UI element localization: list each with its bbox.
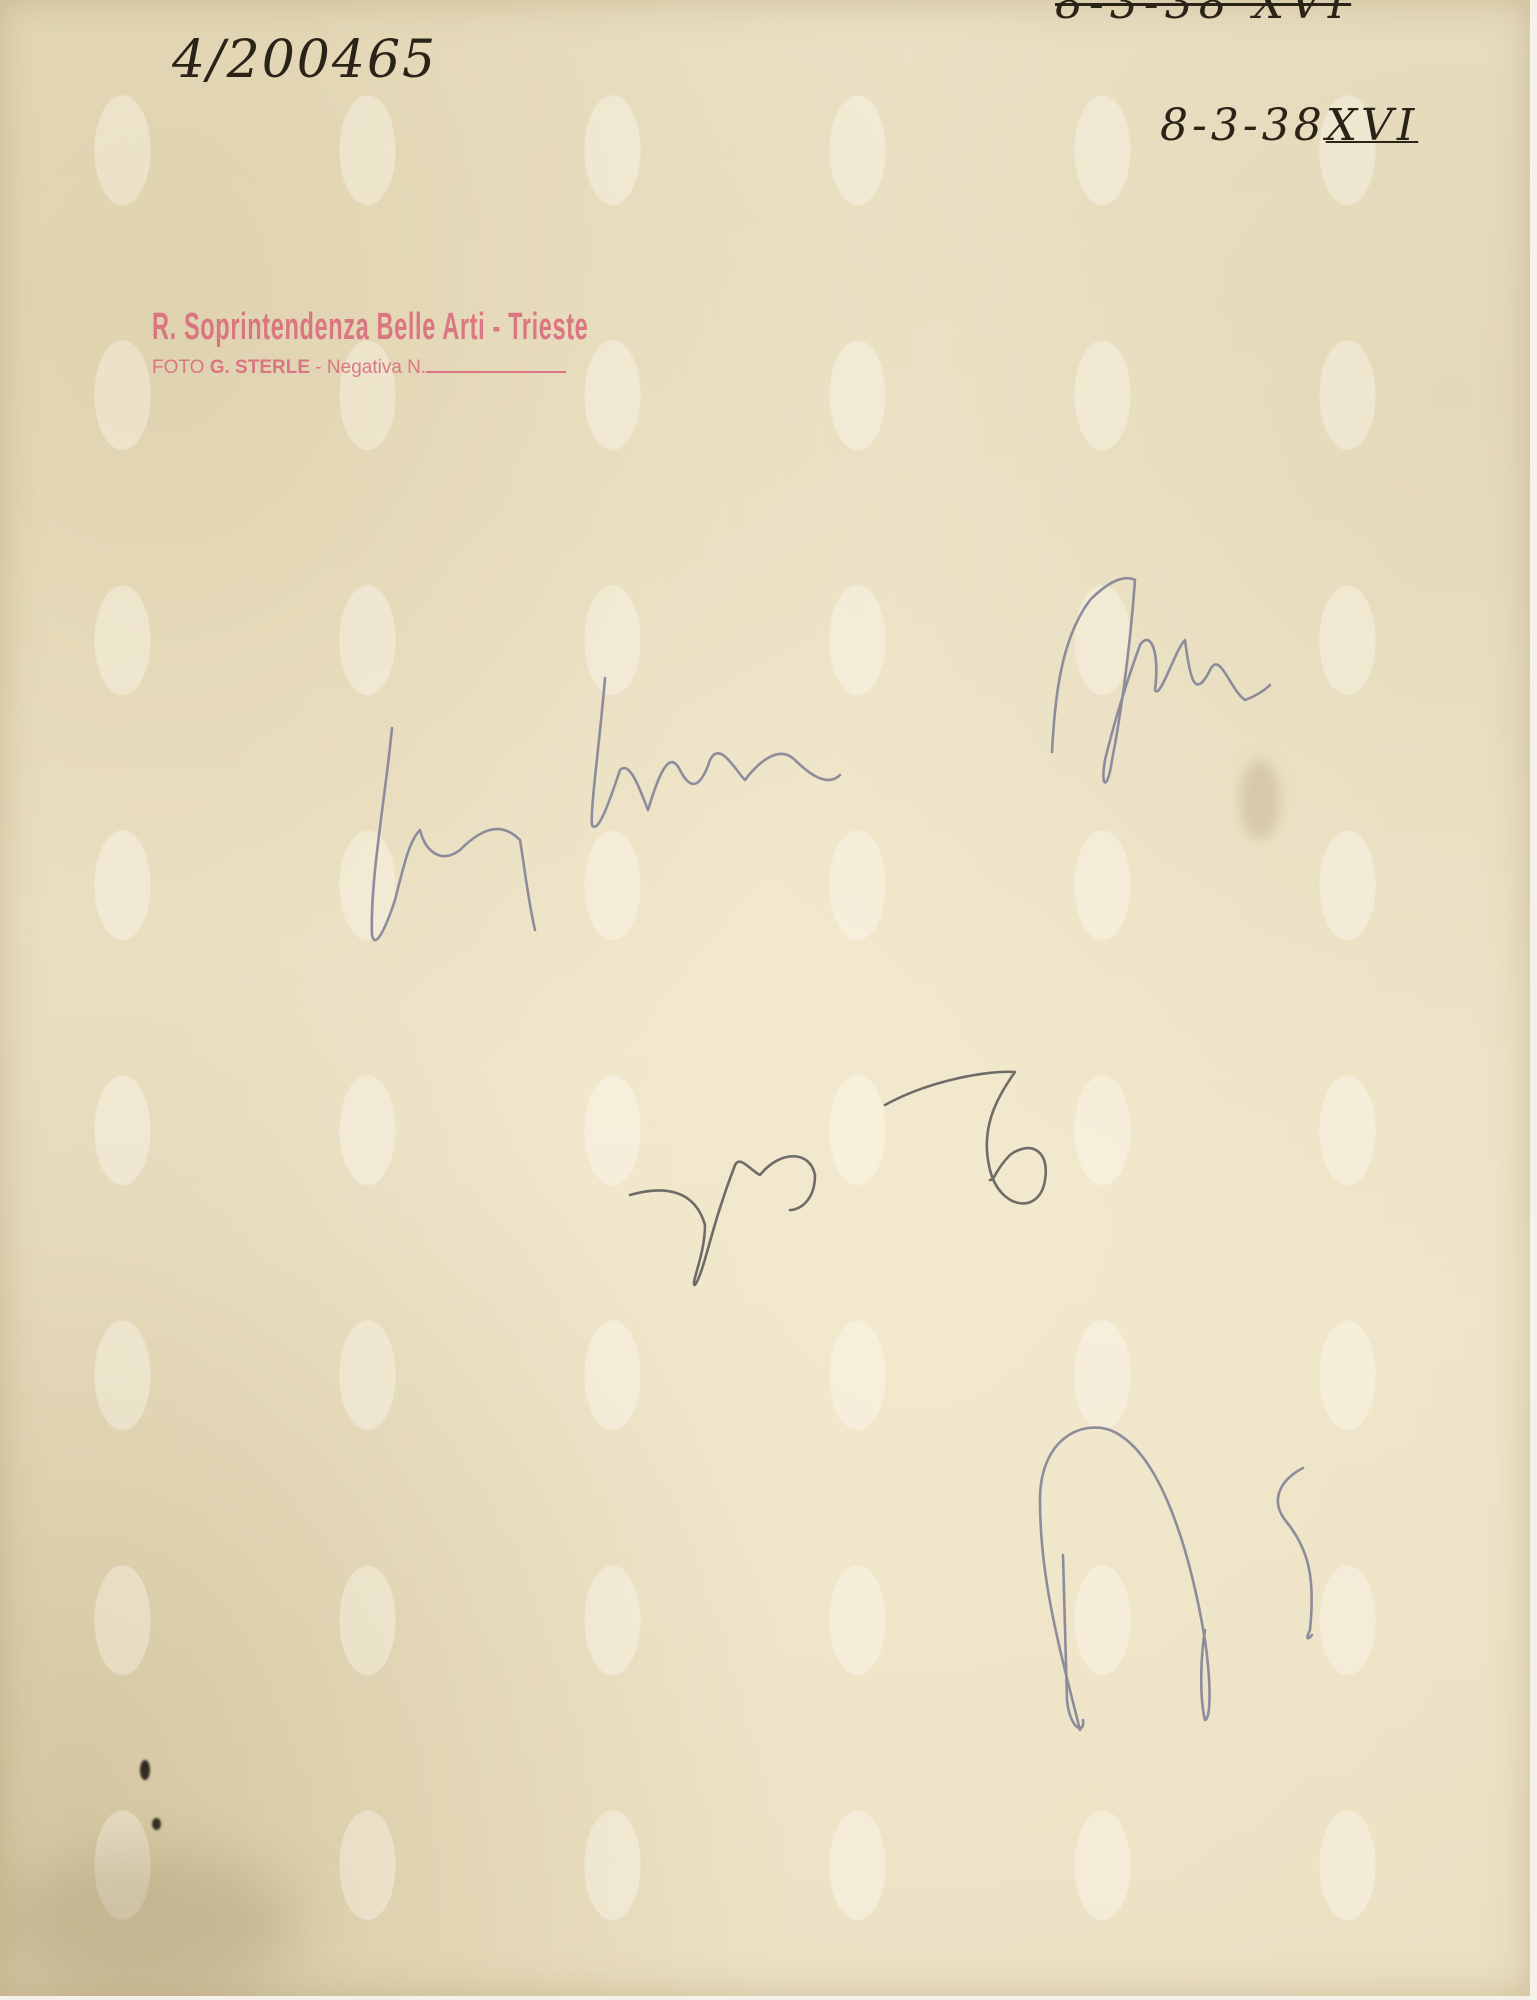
- paper-stain: [1240, 760, 1280, 840]
- stamp-photographer: G. STERLE: [210, 357, 310, 378]
- ink-spot: [152, 1818, 161, 1830]
- handwritten-date: 8-3-38XVI: [1160, 100, 1418, 151]
- pencil-mark-4: [1040, 1428, 1210, 1730]
- pencil-signature-1: [372, 678, 840, 940]
- date-era: XVI: [1326, 100, 1418, 151]
- pencil-signature-2: [1052, 578, 1270, 782]
- stamp-photo-credit: FOTO G. STERLE - Negativa N.: [152, 357, 856, 379]
- pencil-mark-3b: [885, 1072, 1046, 1204]
- stamp-foto-label: FOTO: [152, 357, 204, 378]
- shield-watermark-pattern: [0, 0, 1530, 1996]
- pencil-mark-3: [630, 1156, 815, 1285]
- stamp-negative-label: - Negativa N.: [315, 357, 426, 378]
- inventory-number: 4/200465: [172, 30, 437, 90]
- pencil-mark-4b: [1278, 1468, 1312, 1638]
- institution-stamp: R. Soprintendenza Belle Arti - Trieste F…: [152, 306, 856, 379]
- photo-verso-paper: 4/200465 8-3-38 XVI 8-3-38XVI R. Soprint…: [0, 0, 1530, 1996]
- negative-number-blank: [426, 371, 566, 373]
- pencil-scribbles: [0, 0, 1530, 1996]
- ink-spot: [140, 1760, 150, 1780]
- stamp-institution: R. Soprintendenza Belle Arti - Trieste: [152, 306, 588, 349]
- paper-stain: [0, 1850, 300, 1996]
- date-value: 8-3-38: [1160, 100, 1326, 151]
- struck-date: 8-3-38 XVI: [1055, 0, 1351, 29]
